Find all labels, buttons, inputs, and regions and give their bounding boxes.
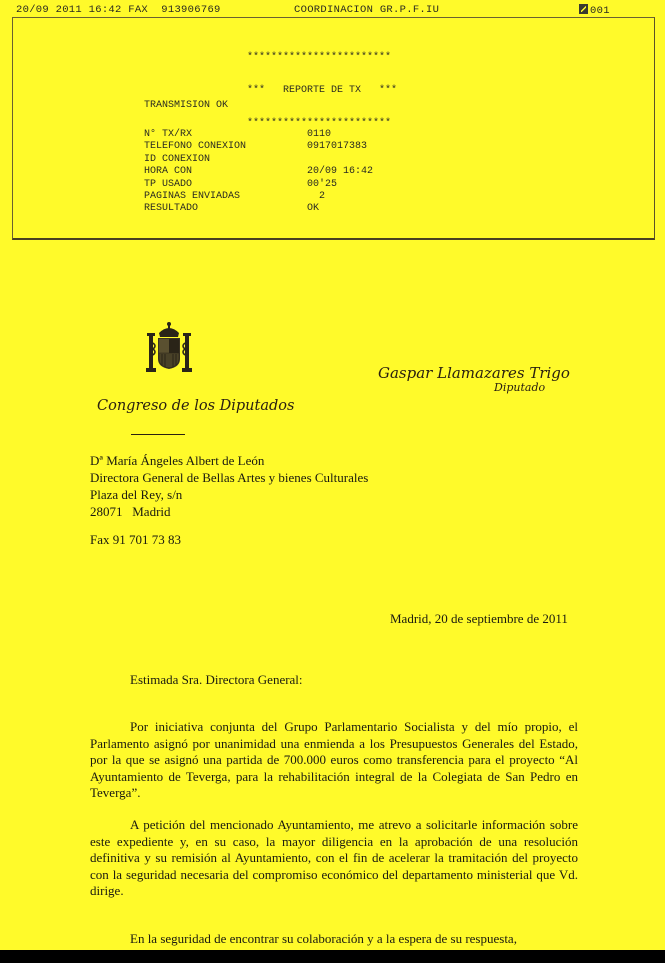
report-label: N° TX/RX [144, 129, 307, 141]
report-title-line: *** REPORTE DE TX *** [247, 85, 397, 96]
report-label: HORA CON [144, 166, 307, 178]
fax-page-indicator: 001 [579, 4, 610, 17]
fax-label: FAX [128, 4, 148, 16]
report-label: TP USADO [144, 179, 307, 191]
fax-datetime: 20/09 2011 16:42 [16, 4, 122, 16]
recipient-address: Dª María Ángeles Albert de León Director… [90, 452, 368, 520]
place-date: Madrid, 20 de septiembre de 2011 [390, 611, 568, 627]
transmission-report: ************************ *** REPORTE DE … [12, 17, 655, 240]
institution-name: Congreso de los Diputados [97, 398, 294, 414]
fax-sender: COORDINACION GR.P.F.IU [294, 4, 439, 16]
report-value: OK [307, 203, 319, 215]
report-title-line: ************************ [247, 118, 397, 129]
report-value: 2 [307, 191, 325, 203]
fax-page-number: 001 [590, 5, 610, 17]
fax-page-icon [579, 4, 588, 14]
report-row: TP USADO00'25 [144, 179, 373, 191]
deputy-title: Diputado [494, 381, 545, 394]
recipient-fax: Fax 91 701 73 83 [90, 532, 181, 548]
report-value: 20/09 16:42 [307, 166, 373, 178]
report-value: 0917017383 [307, 141, 367, 153]
coat-of-arms-icon [144, 321, 194, 373]
page-bottom-edge [0, 950, 665, 963]
recipient-name: Dª María Ángeles Albert de León [90, 452, 368, 469]
report-row: TELEFONO CONEXION0917017383 [144, 141, 373, 153]
report-row: HORA CON20/09 16:42 [144, 166, 373, 178]
report-value: 0110 [307, 129, 331, 141]
recipient-city: 28071 Madrid [90, 503, 368, 520]
report-label: ID CONEXION [144, 154, 307, 166]
fax-header-sender-info: 20/09 2011 16:42 FAX 913906769 [16, 4, 221, 16]
letter-paragraph: En la seguridad de encontrar su colabora… [90, 931, 578, 948]
report-table: N° TX/RX0110 TELEFONO CONEXION0917017383… [144, 129, 373, 216]
report-row: RESULTADOOK [144, 203, 373, 215]
letter-paragraph: A petición del mencionado Ayuntamiento, … [90, 817, 578, 900]
report-label: RESULTADO [144, 203, 307, 215]
recipient-street: Plaza del Rey, s/n [90, 486, 368, 503]
report-label: PAGINAS ENVIADAS [144, 191, 307, 203]
report-row: N° TX/RX0110 [144, 129, 373, 141]
salutation: Estimada Sra. Directora General: [130, 672, 303, 688]
deputy-name: Gaspar Llamazares Trigo [378, 364, 570, 382]
report-row: ID CONEXION [144, 154, 373, 166]
report-label: TELEFONO CONEXION [144, 141, 307, 153]
report-title-line: ************************ [247, 52, 397, 63]
recipient-position: Directora General de Bellas Artes y bien… [90, 469, 368, 486]
report-status: TRANSMISION OK [144, 100, 228, 111]
report-value: 00'25 [307, 179, 337, 191]
fax-header: 20/09 2011 16:42 FAX 913906769 COORDINAC… [0, 4, 665, 18]
report-row: PAGINAS ENVIADAS 2 [144, 191, 373, 203]
letter-paragraph: Por iniciativa conjunta del Grupo Parlam… [90, 719, 578, 802]
letterhead-divider [131, 434, 185, 435]
fax-number: 913906769 [161, 4, 220, 16]
